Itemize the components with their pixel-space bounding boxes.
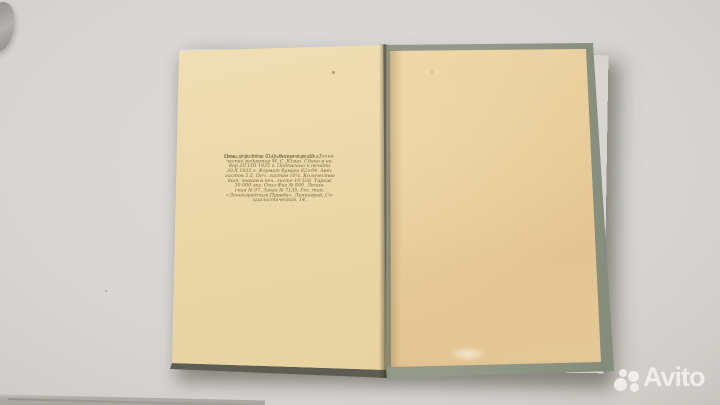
page-speck: [431, 71, 433, 73]
endpaper-hinge-crease: [388, 50, 403, 367]
avito-logo-circle: [628, 371, 639, 382]
background-object: [0, 0, 20, 54]
photo-open-book: Цена 2 р. 50 к. Переплет 1 р. 25 к. Отв.…: [0, 0, 720, 405]
avito-logo-circle: [614, 378, 627, 391]
avito-watermark-text: Avito: [643, 362, 705, 393]
avito-logo-circle: [630, 383, 639, 392]
colophon-imprint: Отв. редактор С. О. Вейценштейн. Техни- …: [224, 154, 335, 203]
avito-logo-circle: [619, 369, 627, 377]
table-speck: [105, 290, 107, 292]
colophon-line: циалистическая, 14.: [224, 198, 335, 203]
avito-watermark: Avito: [612, 365, 720, 399]
book-spine-shadow: [379, 44, 390, 378]
page-speck: [332, 71, 335, 74]
endpaper-stain: [450, 346, 486, 362]
